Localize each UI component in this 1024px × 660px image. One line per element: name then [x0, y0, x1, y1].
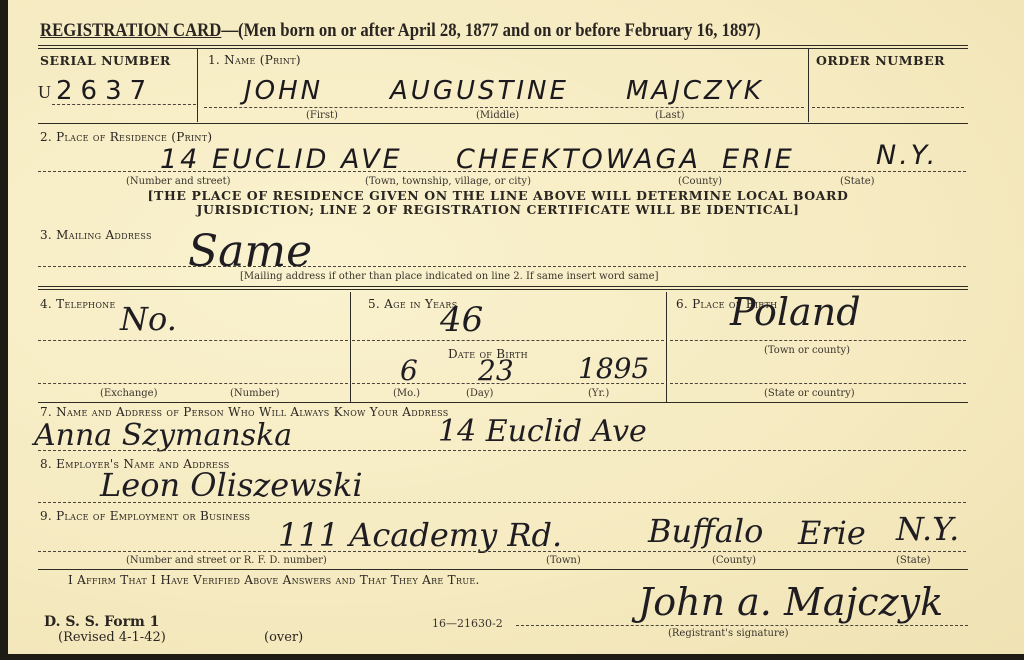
order-underline — [812, 107, 964, 108]
name-caption-last: (Last) — [655, 110, 685, 121]
birthplace-underline — [670, 340, 966, 341]
residence-notice-line1: [THE PLACE OF RESIDENCE GIVEN ON THE LIN… — [98, 189, 898, 203]
age-birth-divider — [666, 292, 667, 402]
name-caption-middle: (Middle) — [476, 110, 519, 121]
registrant-signature: John a. Majczyk — [638, 580, 943, 624]
row9-divider — [38, 569, 968, 570]
telephone-value: No. — [120, 300, 177, 338]
name-underline — [204, 107, 804, 108]
employment-caption-street: (Number and street or R. F. D. number) — [126, 555, 327, 566]
form-revised: (Revised 4-1-42) — [58, 630, 166, 645]
serial-prefix: U — [38, 82, 51, 103]
employment-state: N.Y. — [896, 510, 959, 548]
name-first: JOHN — [244, 76, 323, 106]
employment-underline — [38, 551, 966, 552]
age-value: 46 — [440, 300, 483, 340]
name-order-divider — [808, 48, 809, 122]
row4-divider — [38, 402, 968, 403]
signature-caption: (Registrant's signature) — [668, 628, 789, 639]
registration-card: REGISTRATION CARD—(Men born on or after … — [8, 0, 1024, 654]
contact-underline — [38, 450, 966, 451]
age-underline — [352, 340, 664, 341]
residence-underline — [38, 171, 966, 172]
residence-state: N.Y. — [876, 140, 938, 171]
residence-notice: [THE PLACE OF RESIDENCE GIVEN ON THE LIN… — [98, 189, 898, 217]
card-title: REGISTRATION CARD—(Men born on or after … — [40, 20, 761, 42]
affirmation-text: I Affirm That I Have Verified Above Answ… — [68, 573, 480, 587]
over-indicator: (over) — [264, 630, 303, 645]
residence-label: 2. Place of Residence (Print) — [40, 130, 212, 144]
title-divider — [38, 45, 968, 49]
signature-underline — [516, 625, 968, 626]
name-middle: AUGUSTINE — [390, 76, 569, 106]
residence-caption-county: (County) — [678, 176, 722, 187]
contact-name: Anna Szymanska — [34, 418, 292, 453]
name-caption-first: (First) — [306, 110, 338, 121]
residence-notice-line2: JURISDICTION; LINE 2 OF REGISTRATION CER… — [98, 203, 898, 217]
telephone-label: 4. Telephone — [40, 297, 116, 311]
mailing-value: Same — [188, 226, 312, 277]
dob-caption-day: (Day) — [466, 388, 493, 399]
serial-number-label: SERIAL NUMBER — [40, 53, 171, 68]
form-name: D. S. S. Form 1 — [44, 614, 159, 630]
name-label: 1. Name (Print) — [208, 53, 301, 67]
card-title-subtitle: —(Men born on or after April 28, 1877 an… — [221, 20, 760, 41]
row1-divider — [38, 123, 968, 124]
mailing-label: 3. Mailing Address — [40, 228, 152, 242]
telephone-underline — [38, 340, 348, 341]
order-number-label: ORDER NUMBER — [816, 53, 945, 68]
residence-caption-state: (State) — [840, 176, 875, 187]
mailing-caption: [Mailing address if other than place ind… — [240, 271, 658, 282]
serial-name-divider — [197, 48, 198, 122]
birthplace-caption-town: (Town or county) — [764, 345, 850, 356]
dob-year: 1895 — [578, 352, 649, 385]
contact-label: 7. Name and Address of Person Who Will A… — [40, 405, 449, 419]
employment-town: Buffalo — [648, 512, 763, 550]
telephone-caption-exchange: (Exchange) — [100, 388, 158, 399]
employment-caption-state: (State) — [896, 555, 931, 566]
tel-age-divider — [350, 292, 351, 402]
employer-value: Leon Oliszewski — [100, 466, 363, 504]
print-code: 16—21630-2 — [432, 617, 503, 630]
telephone-number-underline — [38, 383, 348, 384]
employment-street: 111 Academy Rd. — [278, 516, 562, 554]
mailing-underline — [38, 266, 966, 267]
dob-underline — [352, 383, 664, 384]
dob-caption-month: (Mo.) — [393, 388, 420, 399]
telephone-caption-number: (Number) — [230, 388, 280, 399]
serial-underline — [52, 104, 196, 105]
contact-address: 14 Euclid Ave — [438, 414, 647, 449]
employment-caption-county: (County) — [712, 555, 756, 566]
birthplace-state-underline — [670, 383, 966, 384]
employer-underline — [38, 502, 966, 503]
residence-caption-street: (Number and street) — [126, 176, 231, 187]
birthplace-value: Poland — [730, 290, 861, 334]
employment-county: Erie — [798, 514, 866, 552]
birthplace-caption-state: (State or country) — [764, 388, 855, 399]
residence-caption-town: (Town, township, village, or city) — [365, 176, 531, 187]
serial-number-value: 2637 — [56, 76, 154, 106]
employment-caption-town: (Town) — [546, 555, 581, 566]
employment-place-label: 9. Place of Employment or Business — [40, 509, 250, 523]
dob-caption-year: (Yr.) — [588, 388, 609, 399]
card-title-main: REGISTRATION CARD — [40, 20, 221, 41]
name-last: MAJCZYK — [626, 76, 764, 106]
